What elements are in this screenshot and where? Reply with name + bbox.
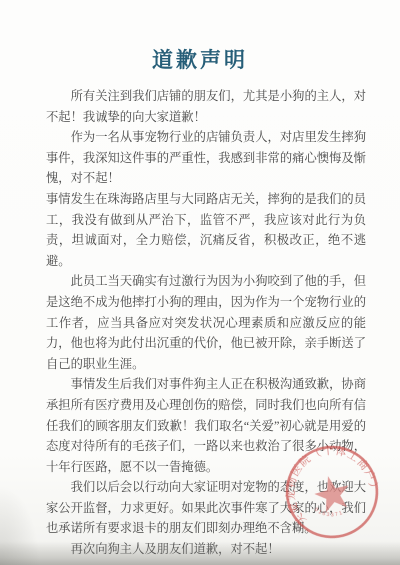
page-title: 道歉声明	[0, 0, 400, 74]
paragraph: 事情发生在珠海路店里与大同路店无关，摔狗的是我们的员工，我没有做到从严治下，监管…	[46, 189, 366, 271]
paragraph: 此员工当天确实有过激行为因为小狗咬到了他的手，但是这绝不成为他摔打小狗的理由，因…	[46, 271, 366, 374]
document-page: 道歉声明 所有关注到我们店铺的朋友们，尤其是小狗的主人，对不起！我诚挚的向大家道…	[0, 0, 400, 565]
paragraph: 作为一名从事宠物行业的店铺负责人，对店里发生摔狗事件，我深知这件事的严重性，我感…	[46, 127, 366, 189]
paragraph: 所有关注到我们店铺的朋友们，尤其是小狗的主人，对不起！我诚挚的向大家道歉！	[46, 86, 366, 127]
paper-corner-shadow	[0, 485, 40, 565]
